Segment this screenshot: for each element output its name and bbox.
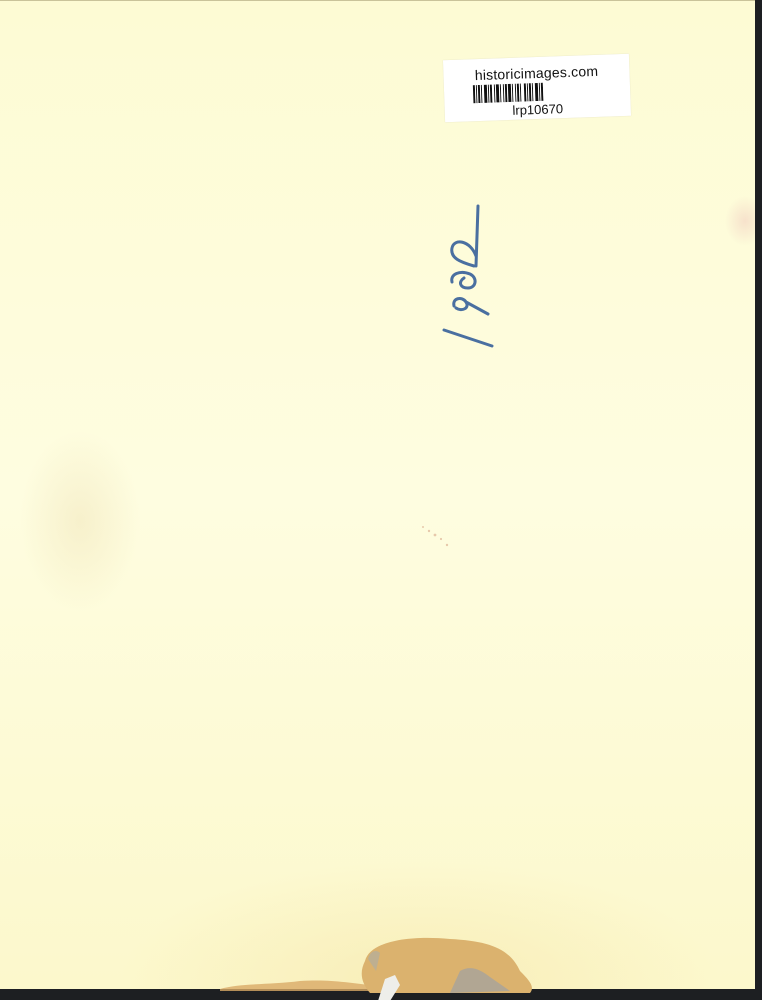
paper-stain <box>415 521 455 551</box>
label-site: historicimages.com <box>443 62 629 84</box>
handwritten-year <box>430 196 510 356</box>
photo-back-paper: historicimages.com lrp10670 <box>0 0 755 989</box>
torn-corner-damage <box>220 931 560 1000</box>
archive-label: historicimages.com lrp10670 <box>443 54 631 122</box>
